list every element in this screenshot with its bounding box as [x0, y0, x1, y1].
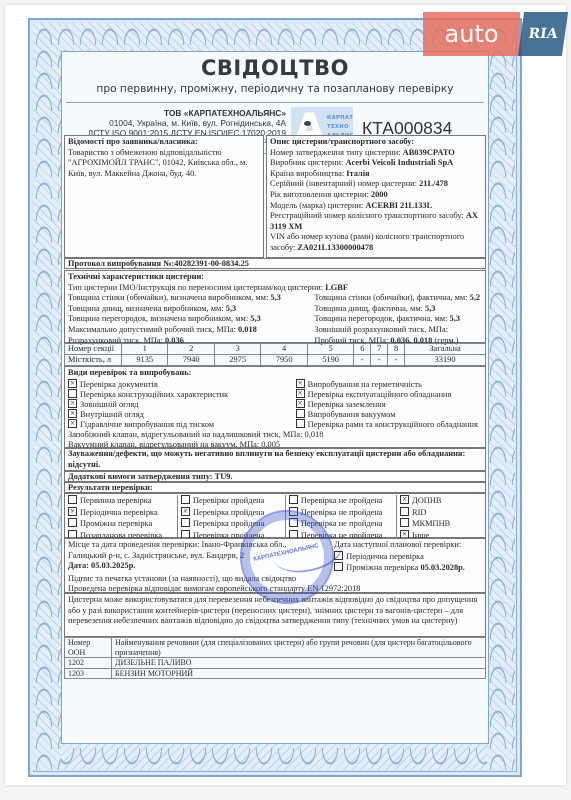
substance-row: 1202ДИЗЕЛЬНЕ ПАЛИВО [65, 658, 486, 669]
field-line: Товщина днищ, визначена виробником, мм: … [68, 304, 314, 315]
section-capacity: - [371, 355, 388, 366]
field-line: Країна виробництва: Італія [270, 169, 482, 180]
section-number: 2 [168, 344, 214, 355]
usage-text: Цистерна може використовуватися для пере… [64, 593, 486, 637]
results-heading: Результати перевірки: [64, 482, 486, 493]
additional-requirements: Додаткові вимоги затвердження типу: TU9. [64, 471, 486, 482]
substance-name: ДИЗЕЛЬНЕ ПАЛИВО [112, 658, 486, 669]
section-capacity: 5190 [307, 355, 353, 366]
section-capacities-row: Місткість, л91357940297579505190---33190 [65, 355, 486, 366]
field-line: Серійний (інвентарний) номер цистерни: 2… [270, 179, 482, 190]
result-cell: Перевірка не пройдена [285, 507, 396, 519]
check-item: Перевірка експлуатаційного обладнання [296, 389, 482, 399]
result-cell: RID [397, 507, 485, 519]
field-line: Реєстраційний номер колісного транспортн… [270, 211, 482, 232]
checkbox-icon [296, 409, 305, 418]
field-line: Товщина днищ, фактична, мм: 5,3 [314, 304, 482, 315]
un-number: 1202 [65, 658, 112, 669]
checkbox-icon [400, 518, 409, 527]
un-column-header: Номер ООН [65, 638, 112, 658]
field-line: Товщина стінки (обичайки), визначена вир… [68, 293, 314, 304]
check-item: Перевірка заземлення [296, 399, 482, 409]
next-inspection-heading: Дата наступної планової перевірки: [334, 540, 482, 551]
results-box: Первинна перевіркаПеревірка пройденаПере… [64, 493, 486, 538]
protocol-label: Протокол випробування №: [68, 259, 174, 268]
checkbox-icon [68, 419, 77, 428]
result-cell: Перевірка пройдена [177, 495, 285, 507]
checkbox-icon [181, 507, 190, 516]
un-number: 1203 [65, 668, 112, 679]
applicant-heading: Відомості про заявника/власника: [68, 137, 198, 146]
results-row: Первинна перевіркаПеревірка пройденаПере… [65, 495, 485, 507]
checks-box: Види перевірок та випробувань: Перевірка… [64, 366, 486, 448]
field-line: VIN або номер кузова (рами) колісного тр… [270, 232, 482, 253]
section-number: 8 [388, 344, 405, 355]
substance-row: 1203БЕНЗИН МОТОРНИЙ [65, 668, 486, 679]
section-capacity: 7940 [168, 355, 214, 366]
check-item: Перевірка конструкційних характеристик [68, 389, 296, 399]
result-cell: Перевірка не пройдена [285, 495, 396, 507]
substances-table: Номер ООННайменування речовини (для спец… [64, 637, 486, 679]
checkbox-icon [68, 518, 77, 527]
checkbox-icon [68, 399, 77, 408]
checkbox-icon [296, 389, 305, 398]
next-intermediate: Проміжна перевірка 05.03.2028р. [334, 562, 482, 574]
checkbox-icon [289, 518, 298, 527]
field-line: Товщина перегородок, фактична, мм: 5,3 [314, 314, 482, 325]
field-line: Номер затвердження типу цистерни: AB039C… [270, 148, 482, 159]
inspection-date: Дата: 05.03.2025р. [68, 561, 135, 570]
field-line: Товщина стінки (обичайки), фактична, мм:… [314, 293, 482, 304]
certificate-body: СВІДОЦТВО про первинну, проміжну, період… [61, 51, 489, 744]
tank-fields: Номер затвердження типу цистерни: AB039C… [270, 148, 482, 254]
certificate-subtitle: про первинну, проміжну, періодичну та по… [62, 83, 488, 95]
tech-left-column: Товщина стінки (обичайки), визначена вир… [68, 293, 314, 346]
section-capacity: 9135 [122, 355, 168, 366]
checkbox-icon [68, 507, 77, 516]
place-date-box: Місце та дата проведення перевірки: Іван… [64, 538, 486, 593]
remarks: Зауваження/дефекти, що можуть негативно … [64, 448, 486, 471]
field-line: Товщина перегородок, визначена виробнико… [68, 314, 314, 325]
section-numbers-row: Номер секції12345678Загальна [65, 344, 486, 355]
checkbox-icon [296, 379, 305, 388]
checks-right-column: Випробування на герметичністьПеревірка е… [296, 379, 482, 430]
checks-left-column: Перевірка документівПеревірка конструкці… [68, 379, 296, 430]
logo-dot-icon [304, 121, 311, 126]
result-cell: Перевірка не пройдена [285, 518, 396, 530]
sections-table: Номер секції12345678Загальна Місткість, … [64, 343, 486, 366]
checks-heading: Види перевірок та випробувань: [68, 368, 191, 377]
section-number: 6 [354, 344, 371, 355]
ornament-border-left [33, 23, 61, 770]
section-number: 7 [371, 344, 388, 355]
result-cell: Перевірка пройдена [177, 507, 285, 519]
checkbox-icon [68, 495, 77, 504]
checkbox-icon [289, 495, 298, 504]
issuer-address: 01004, Україна, м. Київ, вул. Рогнідинсь… [66, 118, 286, 128]
result-cell: Періодична перевірка [65, 507, 177, 519]
tank-heading: Опис цистерни/транспортного засобу: [270, 137, 414, 146]
applicant-box: Відомості про заявника/власника: Товарис… [64, 135, 264, 258]
watermark-auto: auto [423, 12, 520, 56]
section-number: Загальна [405, 344, 486, 355]
results-grid: Первинна перевіркаПеревірка пройденаПере… [65, 495, 485, 541]
section-capacity: 2975 [214, 355, 260, 366]
issuer-name: ТОВ «КАРПАТЕХНОАЛЬЯНС» [66, 108, 286, 118]
checkbox-icon [68, 409, 77, 418]
tank-description-box: Опис цистерни/транспортного засобу: Номе… [266, 135, 486, 258]
checkbox-icon [400, 507, 409, 516]
tech-right-column: Товщина стінки (обичайки), фактична, мм:… [314, 293, 482, 346]
check-item: Зовнішній огляд [68, 399, 296, 409]
section-capacity: 33190 [405, 355, 486, 366]
field-line: Максимально допустимий робочий тиск, МПа… [68, 325, 314, 336]
check-item: Випробування на герметичність [296, 379, 482, 389]
field-line: Виробник цистерни: Acerbi Veicoli Indust… [270, 158, 482, 169]
protocol-number: 40282391-00-0834.25 [174, 259, 249, 268]
checkbox-icon [400, 495, 409, 504]
result-cell: Проміжна перевірка [65, 518, 177, 530]
result-cell: ДОПНВ [397, 495, 485, 507]
section-number: 5 [307, 344, 353, 355]
check-item: Випробування вакуумом [296, 409, 482, 419]
section-capacity: - [354, 355, 371, 366]
watermark-ria: RIA [518, 12, 568, 56]
next-periodic: Періодична перевірка [334, 551, 482, 563]
protocol-row: Протокол випробування №:40282391-00-0834… [64, 258, 486, 269]
field-line: Рік виготовлення цистерни: 2000 [270, 190, 482, 201]
checkbox-icon [289, 507, 298, 516]
applicant-text: Товариство з обмеженою відповідальністю … [68, 148, 260, 180]
checkbox-icon [296, 419, 305, 428]
section-capacity: 7950 [261, 355, 307, 366]
check-item: Гідравлічне випробування під тиском [68, 419, 296, 429]
checkbox-icon [68, 389, 77, 398]
checkbox-icon [181, 518, 190, 527]
section-number: 1 [122, 344, 168, 355]
section-capacity: - [388, 355, 405, 366]
checkbox-icon [181, 495, 190, 504]
field-line: Зовнішній розрахунковий тиск, МПа: [314, 325, 482, 336]
substance-name: БЕНЗИН МОТОРНИЙ [112, 668, 486, 679]
result-cell: Первинна перевірка [65, 495, 177, 507]
section-number: 3 [214, 344, 260, 355]
safety-valve: Запобіжний клапан, відрегульований на на… [68, 430, 482, 441]
results-row: Періодична перевіркаПеревірка пройденаПе… [65, 507, 485, 519]
check-item: Перевірка рами та конструкційного обладн… [296, 419, 482, 429]
place-line-1: Місце та дата проведення перевірки: Іван… [68, 540, 334, 551]
check-item: Внутрішній огляд [68, 409, 296, 419]
technical-characteristics: Технічні характеристики цистерни: Тип ци… [64, 270, 486, 343]
checkbox-icon [296, 399, 305, 408]
result-cell: Перевірка пройдена [177, 518, 285, 530]
autoria-watermark: auto RIA [423, 12, 565, 56]
results-row: Проміжна перевіркаПеревірка пройденаПере… [65, 518, 485, 530]
divider [66, 102, 484, 103]
section-number: 4 [261, 344, 307, 355]
result-cell: МКМПНВ [397, 518, 485, 530]
place-line-2: Галицький р-н, с. Задністрянське, вул. Б… [68, 551, 334, 562]
ornament-border-bottom [33, 742, 515, 770]
field-line: Модель (марка) цистерни: ACERBI 21L133L [270, 201, 482, 212]
check-item: Перевірка документів [68, 379, 296, 389]
imo-code-line: Тип цистерни IMO/Інструкція по переносни… [68, 283, 482, 294]
substance-column-header: Найменування речовини (для спеціалізован… [112, 638, 486, 658]
certificate-title: СВІДОЦТВО [62, 56, 488, 80]
tech-heading: Технічні характеристики цистерни: [68, 272, 204, 281]
checkbox-icon [68, 379, 77, 388]
ornament-border-right [487, 23, 515, 770]
signature-line: Підпис та печатка установи (за наявності… [68, 574, 482, 585]
